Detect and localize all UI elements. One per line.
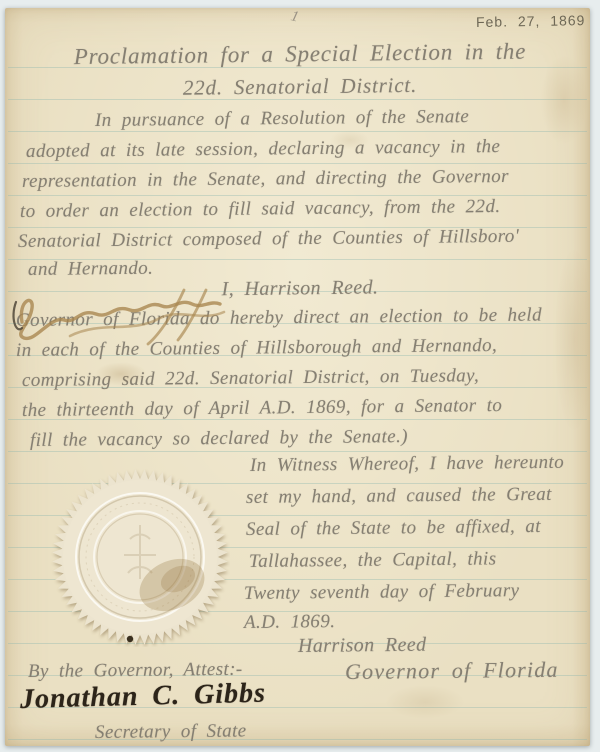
witness-line: set my hand, and caused the Great xyxy=(246,484,552,509)
ink-scrawl-overwrite xyxy=(6,286,238,350)
seal-graphic xyxy=(50,467,230,647)
witness-line: Seal of the State to be affixed, at xyxy=(246,516,541,541)
body-line: and Hernando. xyxy=(28,258,153,281)
body-line: fill the vacancy so declared by the Sena… xyxy=(30,426,408,452)
witness-line: Twenty seventh day of February xyxy=(244,580,520,605)
secretary-signature: Jonathan C. Gibbs xyxy=(20,678,267,716)
body-line: In pursuance of a Resolution of the Sena… xyxy=(95,106,469,132)
scanned-document-page: { "colors": { "paper": "#eae0c3", "backg… xyxy=(0,0,600,752)
seal-ink-dot xyxy=(127,636,133,642)
secretary-title: Secretary of State xyxy=(95,720,247,744)
embossed-state-seal xyxy=(50,467,230,647)
witness-line: In Witness Whereof, I have hereunto xyxy=(250,452,564,477)
witness-line: Tallahassee, the Capital, this xyxy=(249,548,497,573)
witness-line: A.D. 1869. xyxy=(244,611,336,634)
governor-title: Governor of Florida xyxy=(345,657,559,685)
date-annotation: Feb. 27, 1869 xyxy=(476,12,586,30)
governor-signature: Harrison Reed xyxy=(298,634,427,658)
